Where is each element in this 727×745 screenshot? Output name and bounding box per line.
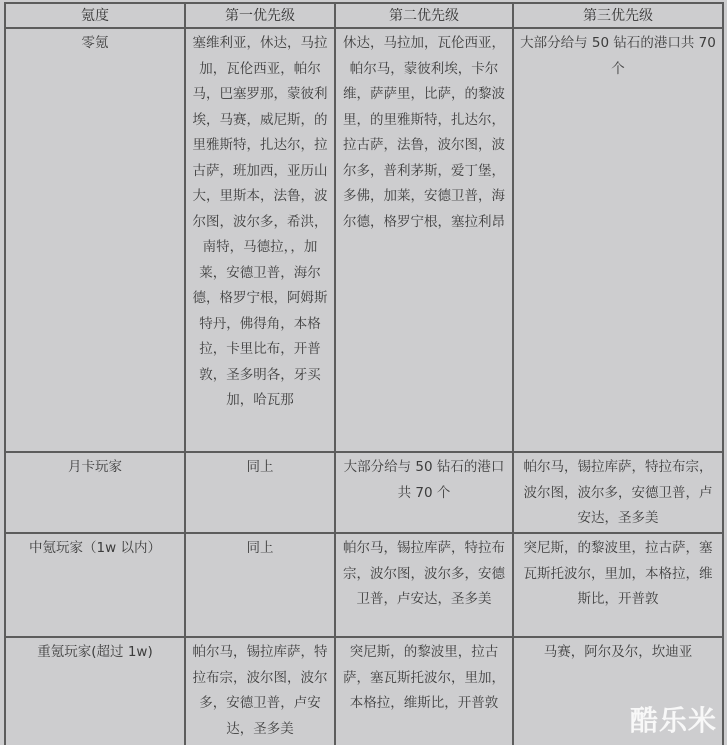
watermark-logo: 酷乐米 <box>630 699 717 739</box>
tier-cell: 月卡玩家 <box>5 452 185 533</box>
priority-1-cell: 同上 <box>185 533 335 637</box>
priority-3-cell: 大部分给与 50 钻石的港口共 70 个 <box>513 28 723 452</box>
tier-cell: 中氪玩家（1w 以内） <box>5 533 185 637</box>
table-row: 中氪玩家（1w 以内） 同上 帕尔马，锡拉库萨，特拉布宗，波尔图，波尔多，安德卫… <box>5 533 723 637</box>
priority-1-cell: 帕尔马，锡拉库萨，特拉布宗，波尔图，波尔多，安德卫普，卢安达，圣多美 <box>185 637 335 745</box>
priority-2-cell: 大部分给与 50 钻石的港口共 70 个 <box>335 452 513 533</box>
header-priority-2: 第二优先级 <box>335 3 513 28</box>
priority-table: 氪度 第一优先级 第二优先级 第三优先级 零氪 塞维利亚，休达，马拉加，瓦伦西亚… <box>4 2 724 745</box>
priority-2-cell: 休达，马拉加，瓦伦西亚，帕尔马，蒙彼利埃，卡尔维，萨萨里，比萨，的黎波里，的里雅… <box>335 28 513 452</box>
header-row: 氪度 第一优先级 第二优先级 第三优先级 <box>5 3 723 28</box>
table-row: 月卡玩家 同上 大部分给与 50 钻石的港口共 70 个 帕尔马，锡拉库萨，特拉… <box>5 452 723 533</box>
header-priority-1: 第一优先级 <box>185 3 335 28</box>
priority-2-cell: 帕尔马，锡拉库萨，特拉布宗，波尔图，波尔多，安德卫普，卢安达，圣多美 <box>335 533 513 637</box>
header-priority-3: 第三优先级 <box>513 3 723 28</box>
header-tier: 氪度 <box>5 3 185 28</box>
table-row: 重氪玩家(超过 1w) 帕尔马，锡拉库萨，特拉布宗，波尔图，波尔多，安德卫普，卢… <box>5 637 723 745</box>
table-row: 零氪 塞维利亚，休达，马拉加，瓦伦西亚，帕尔马，巴塞罗那，蒙彼利埃，马赛，威尼斯… <box>5 28 723 452</box>
priority-1-cell: 塞维利亚，休达，马拉加，瓦伦西亚，帕尔马，巴塞罗那，蒙彼利埃，马赛，威尼斯，的里… <box>185 28 335 452</box>
tier-cell: 零氪 <box>5 28 185 452</box>
priority-2-cell: 突尼斯，的黎波里，拉古萨，塞瓦斯托波尔，里加，本格拉，维斯比，开普敦 <box>335 637 513 745</box>
tier-cell: 重氪玩家(超过 1w) <box>5 637 185 745</box>
priority-1-cell: 同上 <box>185 452 335 533</box>
priority-3-cell: 帕尔马，锡拉库萨，特拉布宗，波尔图，波尔多，安德卫普，卢安达，圣多美 <box>513 452 723 533</box>
priority-3-cell: 突尼斯，的黎波里，拉古萨，塞瓦斯托波尔，里加，本格拉，维斯比，开普敦 <box>513 533 723 637</box>
